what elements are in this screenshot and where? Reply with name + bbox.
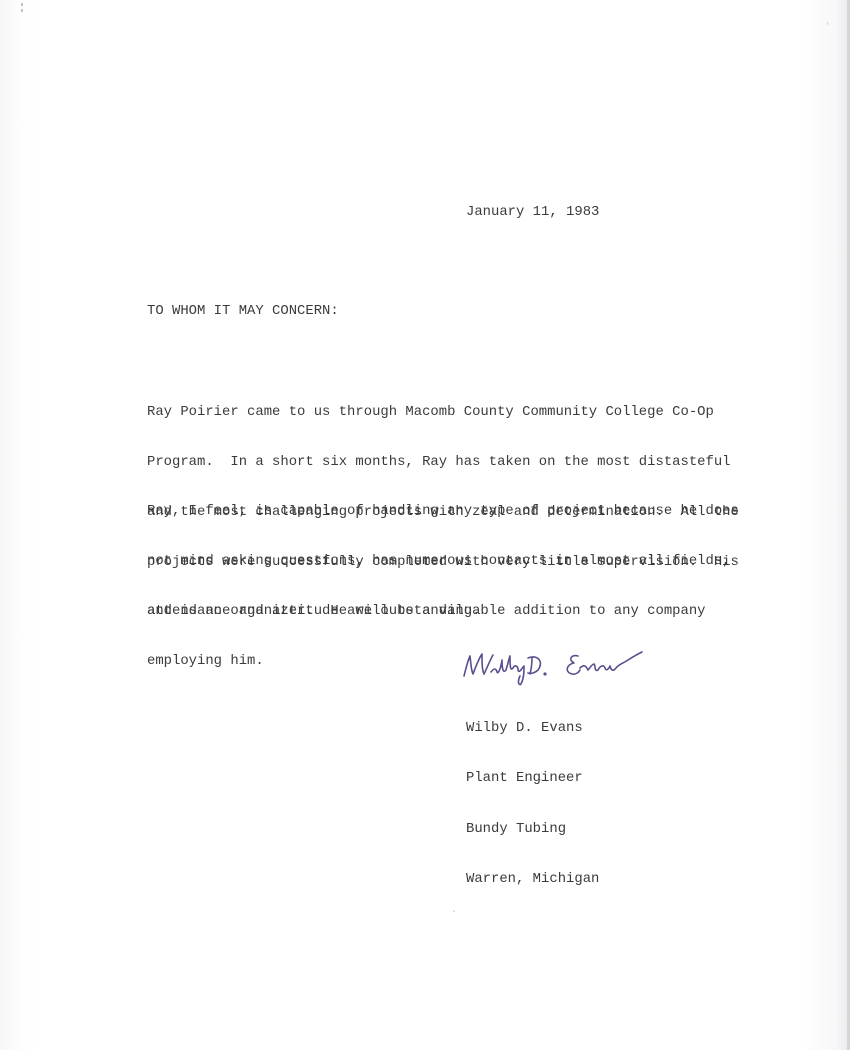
- signature-block: Wilby D. Evans Plant Engineer Bundy Tubi…: [466, 687, 599, 921]
- letter-page: January 11, 1983 TO WHOM IT MAY CONCERN:…: [0, 0, 850, 1050]
- letter-paragraph-2: Ray, I feel, is capable of handling any …: [147, 470, 739, 702]
- paragraph-line: Program. In a short six months, Ray has …: [147, 454, 739, 471]
- signer-company: Bundy Tubing: [466, 821, 599, 838]
- signer-title: Plant Engineer: [466, 770, 599, 787]
- scan-speck: [21, 9, 23, 12]
- handwritten-signature: [458, 646, 648, 686]
- signer-location: Warren, Michigan: [466, 871, 599, 888]
- scan-speck: [827, 22, 828, 25]
- letter-date: January 11, 1983: [466, 204, 599, 221]
- scan-speck: [453, 910, 455, 912]
- paragraph-line: employing him.: [147, 653, 739, 670]
- signer-name: Wilby D. Evans: [466, 720, 599, 737]
- paragraph-line: not mind asking questions, has numerous …: [147, 553, 739, 570]
- paragraph-line: Ray Poirier came to us through Macomb Co…: [147, 404, 739, 421]
- letter-salutation: TO WHOM IT MAY CONCERN:: [147, 303, 339, 320]
- paragraph-line: Ray, I feel, is capable of handling any …: [147, 503, 739, 520]
- scan-speck: [21, 3, 23, 6]
- paragraph-line: and is an organizer. He will be a valuab…: [147, 603, 739, 620]
